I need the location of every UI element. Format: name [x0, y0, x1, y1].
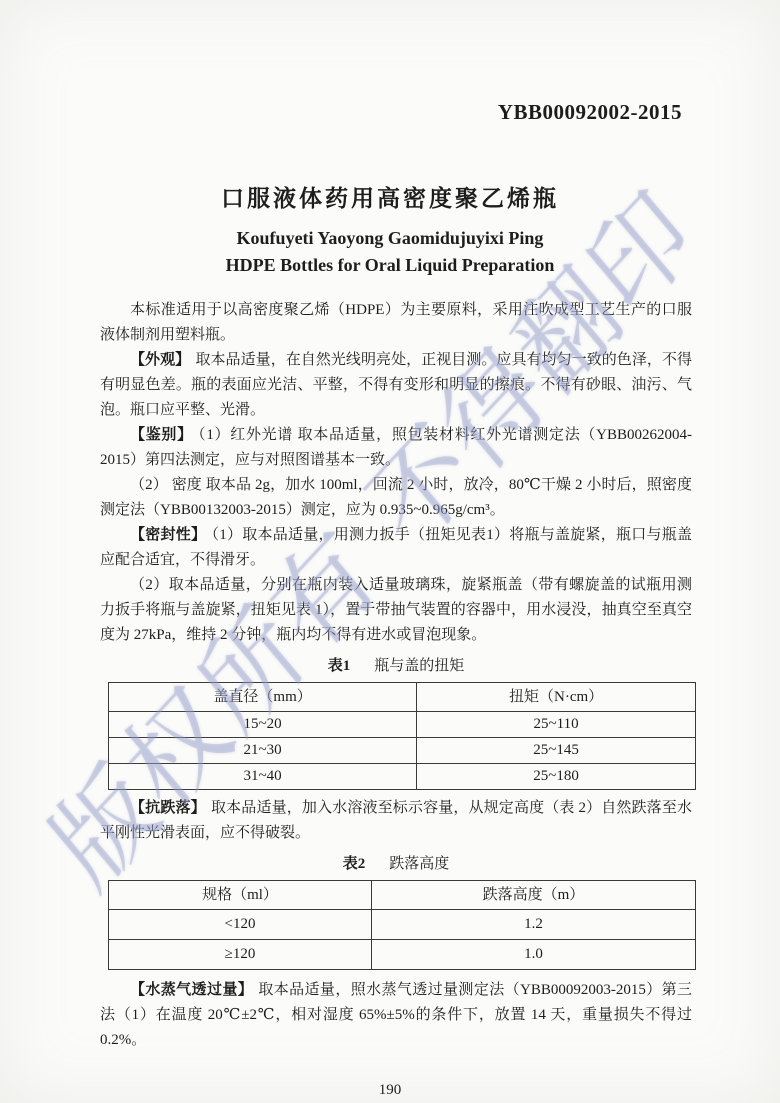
paragraph-identification-2: （2） 密度 取本品 2g，加水 100ml，回流 2 小时，放冷，80℃干燥 …	[100, 473, 692, 523]
table-header-cell: 规格（ml）	[109, 881, 372, 910]
paragraph-drop-resistance: 【抗跌落】取本品适量，加入水溶液至标示容量，从规定高度（表 2）自然跌落至水平刚…	[100, 796, 692, 846]
table-header-cell: 扭矩（N·cm）	[417, 683, 696, 712]
table-cell: 31~40	[109, 764, 417, 790]
title-chinese: 口服液体药用高密度聚乙烯瓶	[0, 184, 780, 214]
table-cell: 1.2	[371, 910, 695, 940]
table-cell: 25~180	[417, 764, 696, 790]
table-drop-height: 规格（ml） 跌落高度（m） <120 1.2 ≥120 1.0	[108, 880, 696, 970]
table-cell: 25~110	[417, 712, 696, 738]
paragraph-label: 【水蒸气透过量】	[130, 982, 253, 998]
table-header-row: 盖直径（mm） 扭矩（N·cm）	[109, 683, 696, 712]
table2-caption: 表2跌落高度	[100, 852, 692, 876]
paragraph-seal-2: （2）取本品适量，分别在瓶内装入适量玻璃珠，旋紧瓶盖（带有螺旋盖的试瓶用测力扳手…	[100, 573, 692, 648]
paragraph-text: （2）取本品适量，分别在瓶内装入适量玻璃珠，旋紧瓶盖（带有螺旋盖的试瓶用测力扳手…	[100, 577, 692, 643]
paragraph-label: 【鉴别】	[130, 427, 193, 443]
table-row: <120 1.2	[109, 910, 696, 940]
paragraph-appearance: 【外观】取本品适量，在自然光线明亮处，正视目测。应具有均匀一致的色泽，不得有明显…	[100, 348, 692, 423]
document-page: YBB00092002-2015 口服液体药用高密度聚乙烯瓶 Koufuyeti…	[0, 0, 780, 1103]
title-english: HDPE Bottles for Oral Liquid Preparation	[0, 253, 780, 278]
paragraph-scope: 本标准适用于以高密度聚乙烯（HDPE）为主要原料，采用注吹成型工艺生产的口服液体…	[100, 298, 692, 348]
table2-caption-title: 跌落高度	[389, 856, 449, 872]
paragraph-text: （2） 密度 取本品 2g，加水 100ml，回流 2 小时，放冷，80℃干燥 …	[100, 477, 692, 518]
paragraph-identification-1: 【鉴别】（1）红外光谱 取本品适量，照包装材料红外光谱测定法（YBB002620…	[100, 423, 692, 473]
page-number: 190	[0, 1079, 780, 1101]
table-cell: 21~30	[109, 738, 417, 764]
standard-code: YBB00092002-2015	[0, 0, 780, 126]
table-cell: ≥120	[109, 940, 372, 970]
table-row: 21~30 25~145	[109, 738, 696, 764]
table-cell: <120	[109, 910, 372, 940]
table-cell: 1.0	[371, 940, 695, 970]
paragraph-seal-1: 【密封性】（1）取本品适量，用测力扳手（扭矩见表1）将瓶与盖旋紧，瓶口与瓶盖应配…	[100, 523, 692, 573]
table1-caption-label: 表1	[328, 658, 351, 674]
title-pinyin: Koufuyeti Yaoyong Gaomidujuyixi Ping	[0, 226, 780, 251]
table1-caption-title: 瓶与盖的扭矩	[374, 658, 464, 674]
table-row: 15~20 25~110	[109, 712, 696, 738]
document-body: 本标准适用于以高密度聚乙烯（HDPE）为主要原料，采用注吹成型工艺生产的口服液体…	[100, 298, 692, 1053]
table-row: 31~40 25~180	[109, 764, 696, 790]
table-header-cell: 跌落高度（m）	[371, 881, 695, 910]
table-row: ≥120 1.0	[109, 940, 696, 970]
table2-caption-label: 表2	[343, 856, 366, 872]
table-header-cell: 盖直径（mm）	[109, 683, 417, 712]
table-cell: 25~145	[417, 738, 696, 764]
table-cell: 15~20	[109, 712, 417, 738]
paragraph-water-vapor: 【水蒸气透过量】取本品适量，照水蒸气透过量测定法（YBB00092003-201…	[100, 978, 692, 1053]
paragraph-label: 【外观】	[130, 352, 190, 368]
paragraph-text: 本标准适用于以高密度聚乙烯（HDPE）为主要原料，采用注吹成型工艺生产的口服液体…	[100, 302, 692, 343]
table1-caption: 表1瓶与盖的扭矩	[100, 654, 692, 678]
paragraph-label: 【密封性】	[130, 527, 206, 543]
table-header-row: 规格（ml） 跌落高度（m）	[109, 881, 696, 910]
paragraph-label: 【抗跌落】	[130, 800, 206, 816]
table-torque: 盖直径（mm） 扭矩（N·cm） 15~20 25~110 21~30 25~1…	[108, 682, 696, 790]
